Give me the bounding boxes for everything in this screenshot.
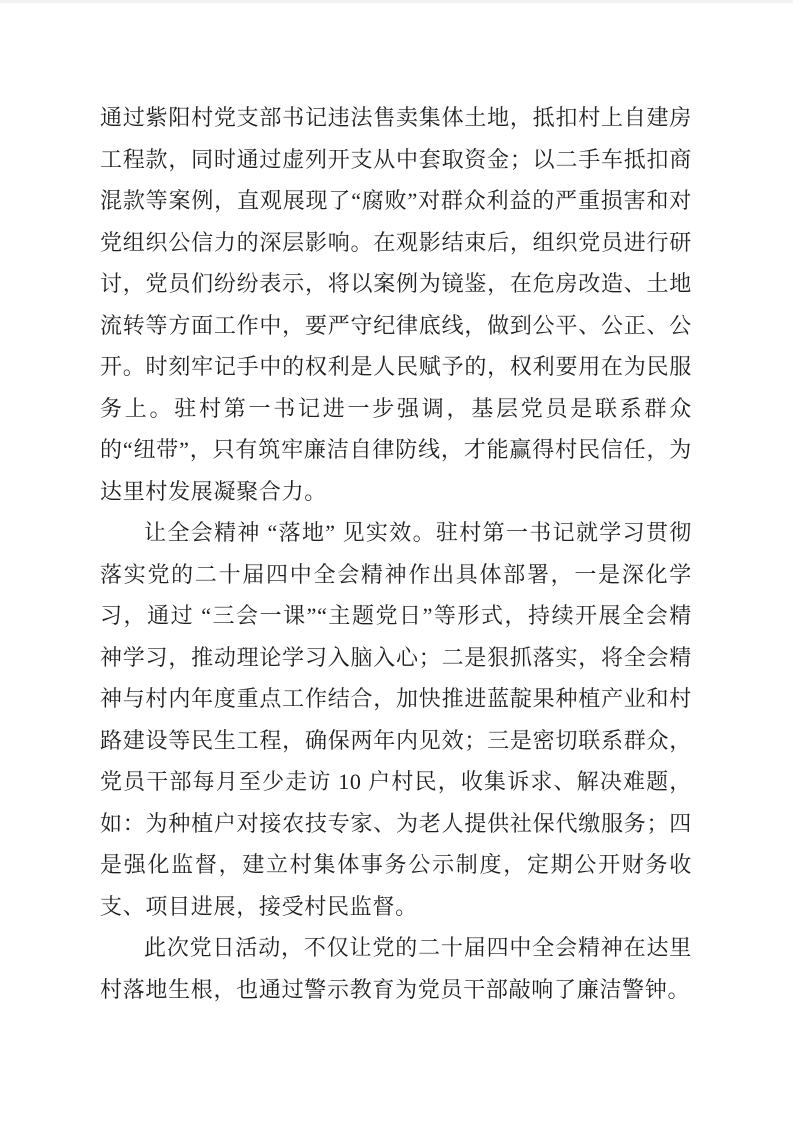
paragraph: 让全会精神 “落地” 见实效。驻村第一书记就学习贯彻落实党的二十届四中全会精神作… [100,512,692,927]
document-body: 通过紫阳村党支部书记违法售卖集体土地，抵扣村上自建房工程款，同时通过虚列开支从中… [100,97,692,1010]
paragraph: 此次党日活动，不仅让党的二十届四中全会精神在达里村落地生根，也通过警示教育为党员… [100,927,692,1010]
document-page: 通过紫阳村党支部书记违法售卖集体土地，抵扣村上自建房工程款，同时通过虚列开支从中… [0,0,793,1122]
paragraph: 通过紫阳村党支部书记违法售卖集体土地，抵扣村上自建房工程款，同时通过虚列开支从中… [100,97,692,512]
page-top-edge [0,0,793,3]
